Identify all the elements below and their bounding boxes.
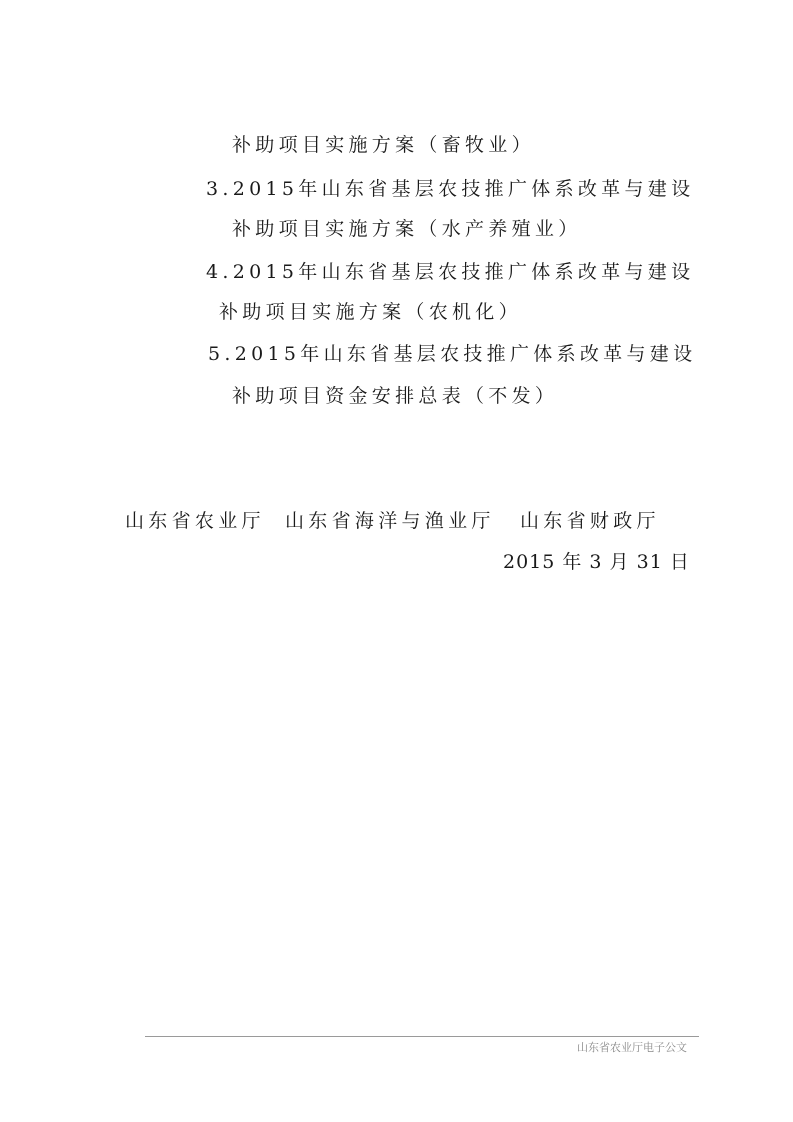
attachment-line: 4.2015年山东省基层农技推广体系改革与建设 xyxy=(206,260,694,284)
signatory-ocean-fishery: 山东省海洋与渔业厅 xyxy=(285,509,495,533)
attachment-line: 补助项目实施方案（畜牧业） xyxy=(232,133,535,157)
signatory-finance: 山东省财政厅 xyxy=(520,509,660,533)
attachment-line: 补助项目实施方案（水产养殖业） xyxy=(232,217,582,241)
attachment-line: 5.2015年山东省基层农技推广体系改革与建设 xyxy=(208,342,696,366)
footer-label: 山东省农业厅电子公文 xyxy=(577,1039,687,1055)
attachment-line: 补助项目资金安排总表（不发） xyxy=(232,384,558,408)
attachment-line: 补助项目实施方案（农机化） xyxy=(219,300,522,324)
document-date: 2015 年 3 月 31 日 xyxy=(503,550,690,574)
attachment-line: 3.2015年山东省基层农技推广体系改革与建设 xyxy=(206,177,694,201)
footer-divider xyxy=(145,1036,699,1037)
signatory-agriculture: 山东省农业厅 xyxy=(125,509,265,533)
